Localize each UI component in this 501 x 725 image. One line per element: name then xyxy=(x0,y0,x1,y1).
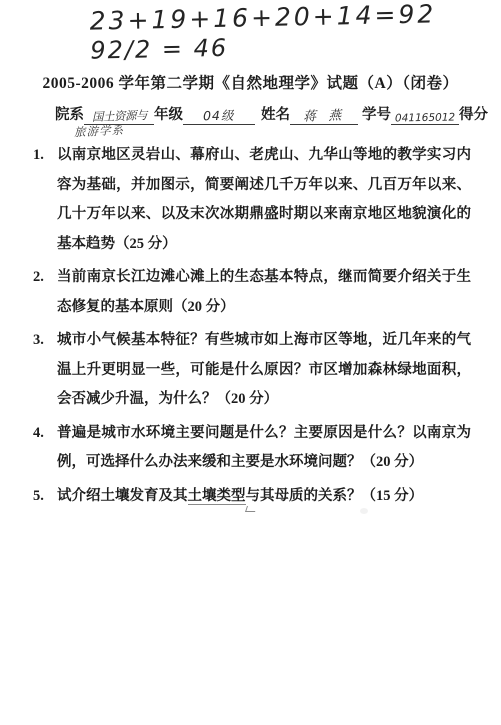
handwritten-division-line: 92/2 = 46 xyxy=(90,30,437,65)
question-number: 3. xyxy=(33,326,57,415)
name-blank: 蒋 燕 xyxy=(290,106,358,125)
question-text: 普遍是城市水环境主要问题是什么？主要原因是什么？以南京为例，可选择什么办法来缓和… xyxy=(57,419,471,478)
question-item-2: 2. 当前南京长江边滩心滩上的生态基本特点，继而简要介绍关于生态修复的基本原则（… xyxy=(33,263,471,322)
dept-handwritten-line2: 旅游学系 xyxy=(74,122,125,141)
question-text: 城市小气候基本特征？有些城市如上海市区等地，近几年来的气温上升更明显一些，可能是… xyxy=(57,326,471,415)
grade-blank: 04级 xyxy=(183,106,255,125)
question-number: 1. xyxy=(33,141,57,259)
exam-paper-page: 23+19+16+20+14=92 92/2 = 46 2005-2006 学年… xyxy=(0,0,501,725)
question-item-3: 3. 城市小气候基本特征？有些城市如上海市区等地，近几年来的气温上升更明显一些，… xyxy=(33,326,471,415)
dept-label: 院系 xyxy=(55,103,84,125)
name-handwritten-value: 蒋 燕 xyxy=(303,104,346,124)
id-blank: 041165012 xyxy=(391,106,459,125)
question-number: 5. xyxy=(33,482,57,512)
name-label: 姓名 xyxy=(261,103,290,125)
grade-handwritten-value: 04级 xyxy=(203,106,235,125)
question-item-5: 5. 试介绍土壤发育及其土壤类型与其母质的关系？（15 分） xyxy=(33,482,471,512)
question5-text-pre: 试介绍土壤发育及其 xyxy=(57,488,188,504)
pencil-mark xyxy=(245,506,257,512)
question-text: 当前南京长江边滩心滩上的生态基本特点，继而简要介绍关于生态修复的基本原则（20 … xyxy=(57,263,471,322)
question-text: 试介绍土壤发育及其土壤类型与其母质的关系？（15 分） xyxy=(57,482,471,512)
question-item-4: 4. 普遍是城市水环境主要问题是什么？主要原因是什么？以南京为例，可选择什么办法… xyxy=(33,419,471,478)
grade-label: 年级 xyxy=(154,103,183,125)
question-number: 2. xyxy=(33,263,57,322)
question-text: 以南京地区灵岩山、幕府山、老虎山、九华山等地的教学实习内容为基础，并加图示，简要… xyxy=(57,141,471,259)
question5-text-post: 与其母质的关系？（15 分） xyxy=(246,488,424,504)
exam-title: 2005-2006 学年第二学期《自然地理学》试题（A）（闭卷） xyxy=(0,71,501,93)
id-label: 学号 xyxy=(362,103,391,125)
question-list: 1. 以南京地区灵岩山、幕府山、老虎山、九华山等地的教学实习内容为基础，并加图示… xyxy=(33,141,471,515)
scan-smudge xyxy=(360,508,368,514)
question-number: 4. xyxy=(33,419,57,478)
question5-underlined-phrase: 土壤类型 xyxy=(188,488,246,505)
score-label: 得分 xyxy=(459,103,488,125)
handwritten-math: 23+19+16+20+14=92 92/2 = 46 xyxy=(89,0,437,65)
question-item-1: 1. 以南京地区灵岩山、幕府山、老虎山、九华山等地的教学实习内容为基础，并加图示… xyxy=(33,141,471,259)
id-handwritten-value: 041165012 xyxy=(395,111,455,124)
